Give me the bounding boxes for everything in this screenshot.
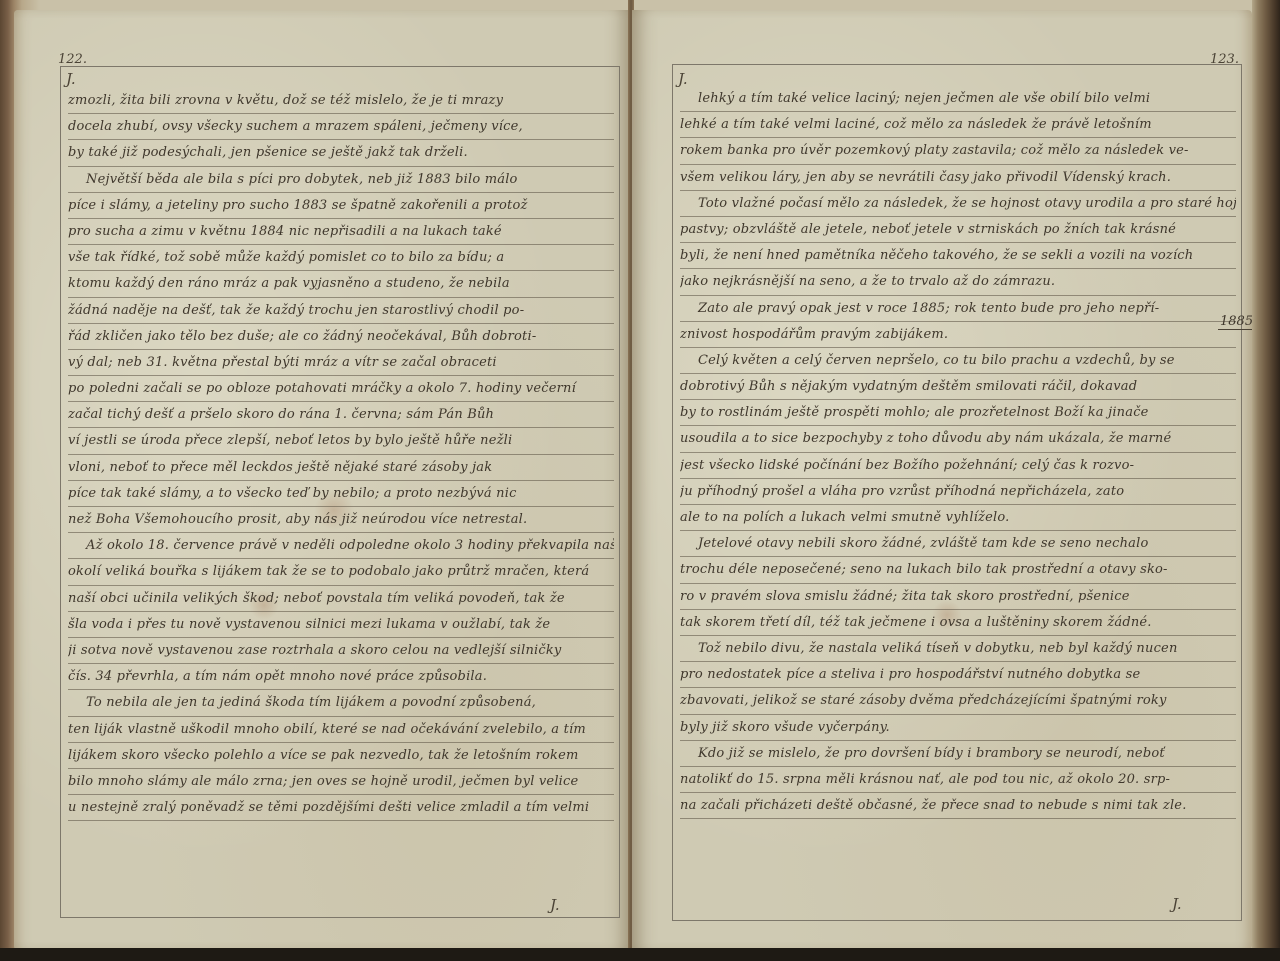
signature-mark: J. <box>66 70 76 88</box>
handwritten-line: ale to na polích a lukach velmi smutně v… <box>680 505 1236 531</box>
handwritten-line: by to rostlinám ještě prospěti mohlo; al… <box>680 400 1236 426</box>
handwritten-line: ro v pravém slova smislu žádné; žita tak… <box>680 584 1236 610</box>
handwritten-line: jako nejkrásnější na seno, a že to trval… <box>680 269 1236 295</box>
handwritten-line: dobrotivý Bůh s nějakým vydatným deštěm … <box>680 374 1236 400</box>
handwritten-line: ktomu každý den ráno mráz a pak vyjasněn… <box>68 271 614 297</box>
handwritten-line: ten liják vlastně uškodil mnoho obilí, k… <box>68 717 614 743</box>
handwritten-line: píce i slámy, a jeteliny pro sucho 1883 … <box>68 193 614 219</box>
handwritten-line: po poledni začali se po obloze potahovat… <box>68 376 614 402</box>
handwritten-line: na začali přicházeti deště občasné, že p… <box>680 793 1236 819</box>
handwritten-line: vý dal; neb 31. května přestal býti mráz… <box>68 350 614 376</box>
handwritten-line: ví jestli se úroda přece zlepší, neboť l… <box>68 428 614 454</box>
handwritten-line: byly již skoro všude vyčerpány. <box>680 715 1236 741</box>
handwritten-line: by také již podesýchali, jen pšenice se … <box>68 140 614 166</box>
handwritten-line: všem velikou láry, jen aby se nevrátili … <box>680 165 1236 191</box>
handwritten-line: Zato ale pravý opak jest v roce 1885; ro… <box>680 296 1236 322</box>
right-page: 123. J. lehký a tím také velice laciný; … <box>632 10 1252 950</box>
book-cover-edge <box>0 948 1280 961</box>
handwritten-line: řád zkličen jako tělo bez duše; ale co ž… <box>68 324 614 350</box>
handwritten-line: bilo mnoho slámy ale málo zrna; jen oves… <box>68 769 614 795</box>
handwritten-line: Největší běda ale bila s píci pro dobyte… <box>68 167 614 193</box>
handwritten-line: začal tichý dešť a pršelo skoro do rána … <box>68 402 614 428</box>
handwritten-line: zmozli, žita bili zrovna v květu, dož se… <box>68 88 614 114</box>
handwritten-line: usoudila a to sice bezpochyby z toho dův… <box>680 426 1236 452</box>
handwritten-line: okolí veliká bouřka s lijákem tak že se … <box>68 559 614 585</box>
open-ledger-book: 122. J. zmozli, žita bili zrovna v květu… <box>0 0 1280 961</box>
handwritten-line: vše tak řídké, tož sobě může každý pomis… <box>68 245 614 271</box>
handwritten-line: docela zhubí, ovsy všecky suchem a mraze… <box>68 114 614 140</box>
handwritten-line: Kdo již se mislelo, že pro dovršení bídy… <box>680 741 1236 767</box>
handwritten-line: ji sotva nově vystavenou zase roztrhala … <box>68 638 614 664</box>
left-page: 122. J. zmozli, žita bili zrovna v květu… <box>14 10 630 950</box>
handwritten-line: pro nedostatek píce a steliva i pro hosp… <box>680 662 1236 688</box>
handwritten-line: jest všecko lidské počínání bez Božího p… <box>680 453 1236 479</box>
handwritten-line: Tož nebilo divu, že nastala veliká tíseň… <box>680 636 1236 662</box>
handwritten-line: Celý květen a celý červen nepršelo, co t… <box>680 348 1236 374</box>
handwritten-line: čís. 34 převrhla, a tím nám opět mnoho n… <box>68 664 614 690</box>
handwritten-line: lehké a tím také velmi laciné, což mělo … <box>680 112 1236 138</box>
handwritten-line: tak skorem třetí díl, též tak ječmene i … <box>680 610 1236 636</box>
handwritten-line: lehký a tím také velice laciný; nejen je… <box>680 86 1236 112</box>
handwritten-line: žádná naděje na dešť, tak že každý troch… <box>68 298 614 324</box>
handwritten-line: šla voda i přes tu nově vystavenou silni… <box>68 612 614 638</box>
handwritten-line: Toto vlažné počasí mělo za následek, že … <box>680 191 1236 217</box>
handwritten-line: trochu déle neposečené; seno na lukach b… <box>680 557 1236 583</box>
handwritten-line: znivost hospodářům pravým zabijákem. <box>680 322 1236 348</box>
handwritten-line: natolikť do 15. srpna měli krásnou nať, … <box>680 767 1236 793</box>
handwritten-line: To nebila ale jen ta jediná škoda tím li… <box>68 690 614 716</box>
handwritten-lines: lehký a tím také velice laciný; nejen je… <box>680 86 1236 819</box>
handwritten-line: rokem banka pro úvěr pozemkový platy zas… <box>680 138 1236 164</box>
handwritten-line: lijákem skoro všecko polehlo a více se p… <box>68 743 614 769</box>
handwritten-line: u nestejně zralý poněvadž se těmi pozděj… <box>68 795 614 821</box>
handwritten-lines: zmozli, žita bili zrovna v květu, dož se… <box>68 88 614 821</box>
page-block-edge <box>1252 0 1280 961</box>
signature-mark: J. <box>550 896 560 914</box>
handwritten-line: naší obci učinila velikých škod; neboť p… <box>68 586 614 612</box>
handwritten-line: než Boha Všemohoucího prosit, aby nás ji… <box>68 507 614 533</box>
handwritten-line: zbavovati, jelikož se staré zásoby dvěma… <box>680 688 1236 714</box>
handwritten-line: byli, že není hned pamětníka něčeho tako… <box>680 243 1236 269</box>
handwritten-line: píce tak také slámy, a to všecko teď by … <box>68 481 614 507</box>
handwritten-line: pastvy; obzvláště ale jetele, neboť jete… <box>680 217 1236 243</box>
handwritten-line: vloni, neboť to přece měl leckdos ještě … <box>68 455 614 481</box>
handwritten-line: ju příhodný prošel a vláha pro vzrůst př… <box>680 479 1236 505</box>
signature-mark: J. <box>1172 895 1182 913</box>
page-number: 122. <box>58 52 87 67</box>
handwritten-line: pro sucha a zimu v květnu 1884 nic nepři… <box>68 219 614 245</box>
handwritten-line: Jetelové otavy nebili skoro žádné, zvláš… <box>680 531 1236 557</box>
handwritten-line: Až okolo 18. července právě v neděli odp… <box>68 533 614 559</box>
